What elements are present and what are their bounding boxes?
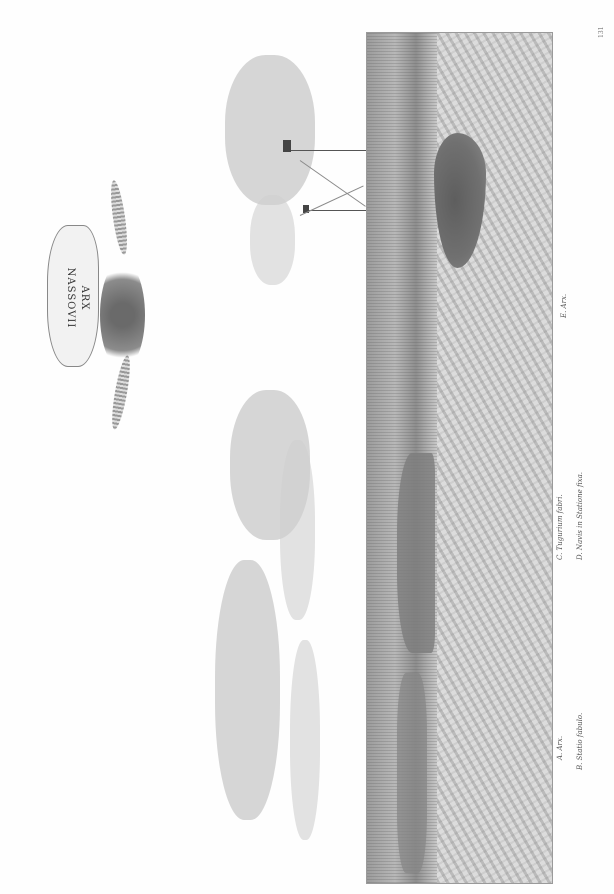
ship-yard: [305, 210, 375, 211]
arx-nassovii-emblem: ARX NASSOVII: [25, 175, 160, 430]
cloud: [225, 55, 315, 205]
ship-yard: [283, 150, 373, 151]
inscription-line-1: ARX: [77, 233, 91, 363]
legend-a: A. Arx.: [556, 736, 564, 760]
fortress: [397, 453, 435, 653]
rigging: [300, 185, 364, 215]
cloud: [215, 560, 280, 820]
cloud: [250, 195, 295, 285]
cloud: [290, 640, 320, 840]
wreath-icon: [100, 260, 145, 370]
legend-e: E. Arx.: [560, 294, 568, 318]
page-number: 131: [598, 27, 605, 38]
emblem-inscription: ARX NASSOVII: [51, 233, 91, 363]
book-page: ARX NASSOVII A. Arx. B. Statio fabulo. C…: [0, 0, 614, 894]
legend-c: C. Tugurium fabri.: [556, 494, 564, 560]
engraving-plate: [366, 32, 553, 884]
legend-b: B. Statio fabulo.: [576, 713, 584, 770]
shore-buildings: [397, 673, 427, 873]
inscription-line-2: NASSOVII: [63, 233, 77, 363]
flag-icon: [283, 140, 291, 152]
legend-d: D. Navis in Statione fixa.: [576, 472, 584, 560]
wing-icon: [108, 180, 130, 256]
cloud: [280, 440, 315, 620]
